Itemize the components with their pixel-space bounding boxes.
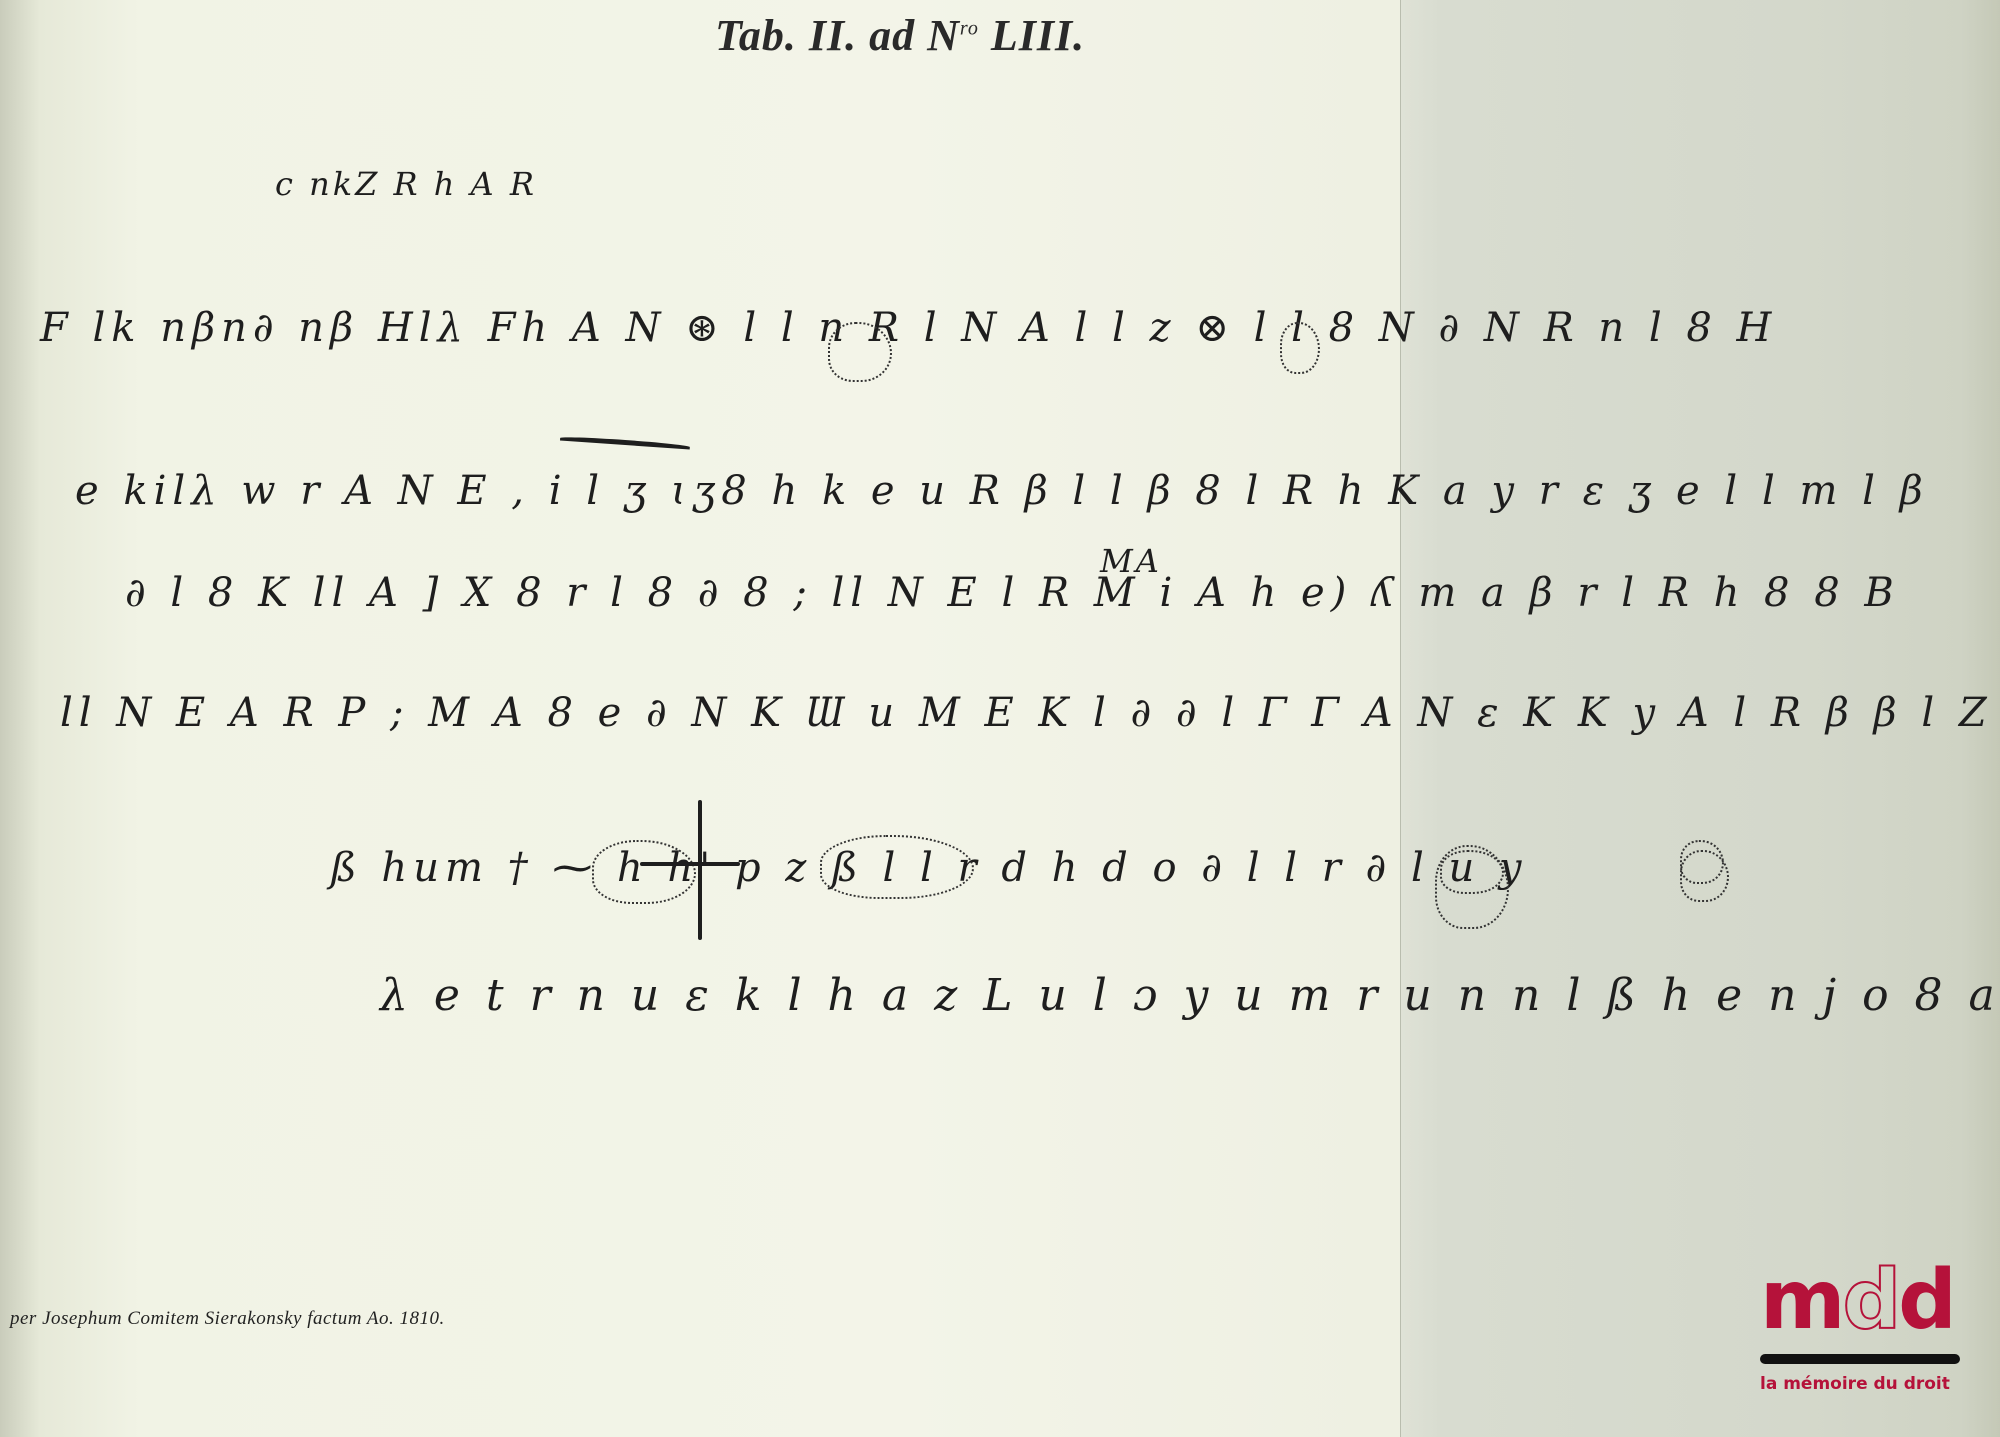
plate-title: Tab. II. ad Nro LIII. xyxy=(715,10,1085,61)
mdd-logo-mark: mdd xyxy=(1760,1262,1970,1340)
mdd-logo[interactable]: mdd la mémoire du droit xyxy=(1760,1262,1970,1402)
plate-title-label: Tab. II. ad N xyxy=(715,11,960,60)
cross-vertical-stroke xyxy=(698,800,702,940)
ink-blot xyxy=(820,835,974,899)
cipher-interlinear-top: c nkZ R h A R xyxy=(275,165,537,203)
ink-blot xyxy=(1280,322,1320,374)
arc-stroke xyxy=(560,435,690,449)
cipher-line-2: e kilλ w r A N E , i l ʒ ɩʒ8 h k e u R β… xyxy=(75,468,1929,514)
logo-letter-d: d xyxy=(1898,1253,1954,1348)
cipher-line-1: F lk nβn∂ nβ Hlλ Fh A N ⊛ l l n R l N A … xyxy=(40,305,1777,351)
plate-caption: per Josephum Comitem Sierakonsky factum … xyxy=(10,1308,445,1330)
ink-blot xyxy=(1435,845,1509,929)
cipher-line-3: ∂ l 8 K ll A ] X 8 r l 8 ∂ 8 ; ll N E l … xyxy=(125,570,1900,616)
logo-divider-bar xyxy=(1760,1354,1960,1364)
logo-letter-d-outline: d xyxy=(1842,1253,1898,1348)
ink-blot xyxy=(1680,850,1729,902)
cipher-line-6: λ e t r n u ɛ k l h a z L u l ɔ y u m r … xyxy=(380,970,2000,1021)
ink-blot xyxy=(592,840,696,904)
plate-title-number: LIII. xyxy=(979,11,1085,60)
logo-tagline: la mémoire du droit xyxy=(1760,1374,1970,1394)
ink-blot xyxy=(828,322,892,382)
document-page: Tab. II. ad Nro LIII. c nkZ R h A R F lk… xyxy=(0,0,2000,1437)
cipher-line-4: ll N E A R P ; M A 8 e ∂ N K Ɯ u M E K l… xyxy=(60,690,2000,736)
cross-horizontal-stroke xyxy=(640,862,740,866)
plate-title-sup: ro xyxy=(960,17,979,39)
logo-letter-m: m xyxy=(1760,1253,1842,1348)
